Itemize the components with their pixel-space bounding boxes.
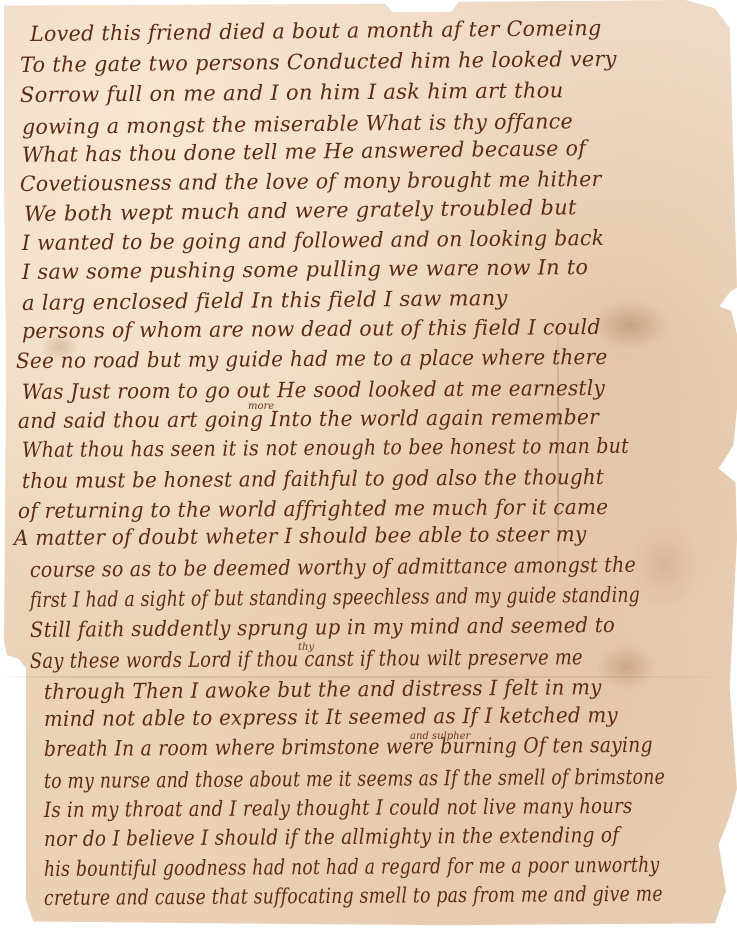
manuscript-line: mind not able to express it It seemed as… bbox=[44, 703, 618, 731]
manuscript-line: To the gate two persons Conducted him he… bbox=[20, 47, 617, 77]
manuscript-line: breath In a room where brimstone were bu… bbox=[44, 733, 653, 761]
manuscript-line: through Then I awoke but the and distres… bbox=[44, 675, 602, 704]
handwritten-text-block: Loved this friend died a bout a month af… bbox=[0, 0, 737, 944]
manuscript-line: thou must be honest and faithful to god … bbox=[22, 465, 604, 493]
interlinear-insertion: thy bbox=[298, 642, 314, 653]
manuscript-line: and said thou art going Into the world a… bbox=[18, 405, 599, 433]
manuscript-line: of returning to the world affrighted me … bbox=[18, 495, 608, 523]
interlinear-insertion: and sulpher bbox=[410, 731, 470, 742]
manuscript-line: We both wept much and were grately troub… bbox=[24, 195, 577, 226]
interlinear-insertion: more bbox=[248, 401, 274, 412]
manuscript-line: What thou has seen it is not enough to b… bbox=[22, 434, 629, 462]
manuscript-line: I saw some pushing some pulling we ware … bbox=[22, 255, 588, 284]
manuscript-line: Loved this friend died a bout a month af… bbox=[30, 16, 602, 46]
manuscript-line: Sorrow full on me and I on him I ask him… bbox=[20, 78, 564, 107]
manuscript-line: What has thou done tell me He answered b… bbox=[22, 136, 586, 167]
manuscript-line: to my nurse and those about me it seems … bbox=[44, 765, 665, 793]
manuscript-line: Still faith suddently sprung up in my mi… bbox=[30, 613, 615, 642]
manuscript-line: Was Just room to go out He sood looked a… bbox=[22, 376, 605, 404]
manuscript-line: Covetiousness and the love of mony broug… bbox=[20, 167, 602, 196]
manuscript-line: course so as to be deemed worthy of admi… bbox=[30, 553, 636, 582]
manuscript-line: his bountiful goodness had not had a reg… bbox=[44, 853, 660, 881]
manuscript-line: first I had a sight of but standing spee… bbox=[30, 583, 640, 612]
manuscript-line: persons of whom are now dead out of this… bbox=[22, 315, 601, 343]
manuscript-line: A matter of doubt wheter I should bee ab… bbox=[14, 522, 587, 550]
manuscript-line: creture and cause that suffocating smell… bbox=[44, 882, 663, 910]
manuscript-line: See no road but my guide had me to a pla… bbox=[16, 345, 608, 373]
manuscript-line: nor do I believe I should if the allmigh… bbox=[44, 823, 620, 851]
manuscript-line: gowing a mongst the miserable What is th… bbox=[22, 109, 573, 139]
manuscript-line: Is in my throat and I realy thought I co… bbox=[44, 794, 633, 822]
manuscript-line: I wanted to be going and followed and on… bbox=[22, 226, 605, 255]
manuscript-line: a larg enclosed field In this field I sa… bbox=[22, 286, 508, 315]
